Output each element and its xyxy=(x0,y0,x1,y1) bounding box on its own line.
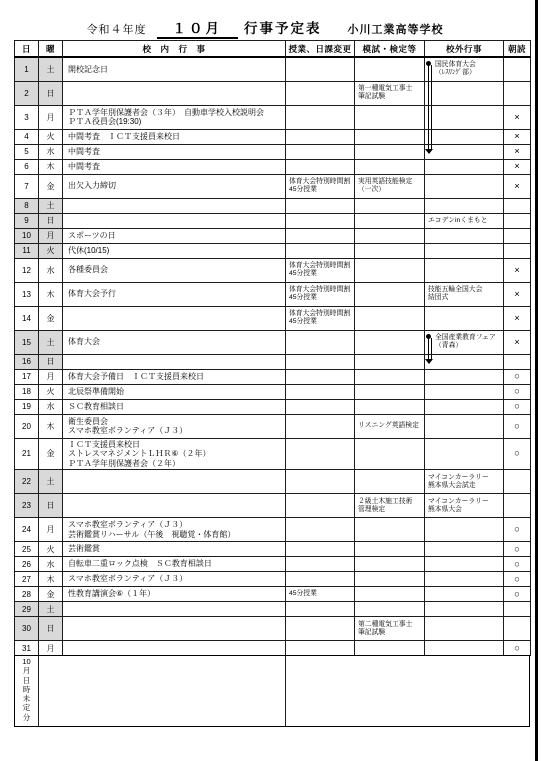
morning-reading-cell xyxy=(504,57,531,81)
exam-cell xyxy=(355,369,425,384)
school-events-cell: ＰＴＡ学年別保護者会（３年） 自動車学校入校説明会 ＰＴＡ役員会(19:30) xyxy=(63,105,286,129)
morning-reading-cell xyxy=(504,494,531,518)
morning-reading-cell: ○ xyxy=(504,641,531,656)
day-cell: 3 xyxy=(15,105,39,129)
day-cell: 17 xyxy=(15,369,39,384)
outside-event-cell xyxy=(425,399,504,414)
table-row: 3月ＰＴＡ学年別保護者会（３年） 自動車学校入校説明会 ＰＴＡ役員会(19:30… xyxy=(15,105,531,129)
day-cell: 10 xyxy=(15,228,39,243)
morning-reading-cell: ○ xyxy=(504,414,531,438)
exam-cell xyxy=(355,518,425,542)
outside-event-cell xyxy=(425,129,504,144)
exam-cell xyxy=(355,258,425,282)
exam-cell xyxy=(355,384,425,399)
exam-cell xyxy=(355,213,425,228)
exam-cell xyxy=(355,243,425,258)
school-events-cell: 体育大会予備日 ＩＣＴ支援員来校日 xyxy=(63,369,286,384)
exam-cell xyxy=(355,330,425,354)
table-row: 20木衛生委員会 スマホ教室ボランティア（Ｊ３）リスニング英語検定○ xyxy=(15,414,531,438)
morning-reading-cell: ○ xyxy=(504,369,531,384)
weekday-cell: 木 xyxy=(39,282,63,306)
morning-reading-cell: × xyxy=(504,129,531,144)
school-events-cell: 開校記念日 xyxy=(63,57,286,81)
table-row: 22土マイコンカーラリー 熊本県大会試走 xyxy=(15,470,531,494)
table-row: 7金出欠入力締切体育大会特別時間割 45分授業実用英語技能検定 （一次）× xyxy=(15,174,531,198)
outside-event-cell: マイコンカーラリー 熊本県大会試走 xyxy=(425,470,504,494)
class-change-cell xyxy=(286,557,355,572)
outside-event-cell xyxy=(425,105,504,129)
outside-event-cell xyxy=(425,542,504,557)
weekday-cell: 日 xyxy=(39,494,63,518)
school-events-cell xyxy=(63,641,286,656)
school-events-cell: ＩＣＴ支援員来校日 ストレスマネジメントＬＨＲ⑥（２年） ＰＴＡ学年別保護者会（… xyxy=(63,438,286,470)
school-events-cell xyxy=(63,198,286,213)
outside-event-cell xyxy=(425,602,504,617)
morning-reading-cell xyxy=(504,617,531,641)
class-change-cell xyxy=(286,228,355,243)
class-change-cell xyxy=(286,542,355,557)
morning-reading-cell xyxy=(504,81,531,105)
exam-cell xyxy=(355,438,425,470)
outside-event-cell xyxy=(425,369,504,384)
exam-cell xyxy=(355,129,425,144)
table-row: 18火北辰祭準備開始○ xyxy=(15,384,531,399)
weekday-cell: 木 xyxy=(39,572,63,587)
weekday-cell: 金 xyxy=(39,438,63,470)
class-change-cell xyxy=(286,105,355,129)
day-cell: 30 xyxy=(15,617,39,641)
outside-event-cell: 全国産業教育フェア （青森） xyxy=(425,330,504,354)
exam-cell xyxy=(355,641,425,656)
outside-event-cell xyxy=(425,243,504,258)
header-weekday: 曜 xyxy=(39,41,63,58)
school-events-cell xyxy=(63,81,286,105)
morning-reading-cell: ○ xyxy=(504,438,531,470)
school-events-cell: ＳＣ教育相談日 xyxy=(63,399,286,414)
school-events-cell: 体育大会 xyxy=(63,330,286,354)
outside-event-cell xyxy=(425,641,504,656)
fiscal-year-label: 令和４年度 xyxy=(87,21,147,37)
day-cell: 28 xyxy=(15,587,39,602)
monthly-schedule-table: 日 曜 校 内 行 事 授業、日課変更 模試・検定等 校外行事 朝読 1土開校記… xyxy=(14,40,531,656)
school-events-cell xyxy=(63,213,286,228)
morning-reading-cell: ○ xyxy=(504,587,531,602)
morning-reading-cell: ○ xyxy=(504,518,531,542)
event-span-arrow-line xyxy=(428,65,432,81)
day-cell: 25 xyxy=(15,542,39,557)
table-row: 16日 xyxy=(15,354,531,369)
outside-event-cell xyxy=(425,354,504,369)
class-change-cell: 体育大会特別時間割 45分授業 xyxy=(286,306,355,330)
school-events-cell: 衛生委員会 スマホ教室ボランティア（Ｊ３） xyxy=(63,414,286,438)
table-row: 15土体育大会全国産業教育フェア （青森）× xyxy=(15,330,531,354)
class-change-cell xyxy=(286,57,355,81)
weekday-cell: 水 xyxy=(39,258,63,282)
exam-cell xyxy=(355,399,425,414)
exam-cell xyxy=(355,282,425,306)
outside-event-cell xyxy=(425,414,504,438)
weekday-cell: 月 xyxy=(39,369,63,384)
header-outside-events: 校外行事 xyxy=(425,41,504,58)
weekday-cell: 水 xyxy=(39,399,63,414)
table-row: 13木体育大会予行体育大会特別時間割 45分授業技能五輪全国大会 結団式× xyxy=(15,282,531,306)
outside-event-cell xyxy=(425,384,504,399)
class-change-cell xyxy=(286,414,355,438)
outside-event-cell xyxy=(425,174,504,198)
day-cell: 21 xyxy=(15,438,39,470)
class-change-cell xyxy=(286,384,355,399)
school-events-cell: 出欠入力締切 xyxy=(63,174,286,198)
document-title: 令和４年度 １０月 行事予定表 小川工業高等学校 xyxy=(0,17,530,39)
weekday-cell: 金 xyxy=(39,174,63,198)
class-change-cell xyxy=(286,198,355,213)
weekday-cell: 水 xyxy=(39,144,63,159)
exam-cell xyxy=(355,587,425,602)
month-label: １０月 xyxy=(157,17,239,39)
outside-event-cell xyxy=(425,81,504,105)
exam-cell xyxy=(355,572,425,587)
table-row: 29土 xyxy=(15,602,531,617)
table-row: 31月○ xyxy=(15,641,531,656)
weekday-cell: 日 xyxy=(39,617,63,641)
weekday-cell: 月 xyxy=(39,105,63,129)
exam-cell xyxy=(355,470,425,494)
outside-event-cell xyxy=(425,518,504,542)
school-events-cell xyxy=(63,354,286,369)
outside-event-cell: 技能五輪全国大会 結団式 xyxy=(425,282,504,306)
event-span-arrow-line xyxy=(428,105,432,129)
weekday-cell: 土 xyxy=(39,470,63,494)
day-cell: 26 xyxy=(15,557,39,572)
table-row: 27木スマホ教室ボランティア（Ｊ３）○ xyxy=(15,572,531,587)
morning-reading-cell: × xyxy=(504,282,531,306)
weekday-cell: 日 xyxy=(39,81,63,105)
event-span-arrow-line xyxy=(428,354,432,359)
day-cell: 11 xyxy=(15,243,39,258)
scan-edge-shadow xyxy=(535,0,538,761)
day-cell: 29 xyxy=(15,602,39,617)
table-row: 5水中間考査× xyxy=(15,144,531,159)
table-row: 26水自転車二重ロック点検 ＳＣ教育相談日○ xyxy=(15,557,531,572)
event-span-arrow-head xyxy=(425,359,433,364)
school-events-cell: 中間考査 ＩＣＴ支援員来校日 xyxy=(63,129,286,144)
event-span-arrow-line xyxy=(428,338,432,355)
weekday-cell: 火 xyxy=(39,243,63,258)
exam-cell: 第一種電気工事士 筆記試験 xyxy=(355,81,425,105)
table-row: 10月スポーツの日 xyxy=(15,228,531,243)
class-change-cell: 体育大会特別時間割 45分授業 xyxy=(286,174,355,198)
day-cell: 13 xyxy=(15,282,39,306)
school-events-cell: 各種委員会 xyxy=(63,258,286,282)
weekday-cell: 月 xyxy=(39,641,63,656)
morning-reading-cell xyxy=(504,228,531,243)
table-row: 9日エコデンinくまもと xyxy=(15,213,531,228)
event-span-arrow-head xyxy=(425,149,433,154)
day-cell: 22 xyxy=(15,470,39,494)
class-change-cell xyxy=(286,369,355,384)
weekday-cell: 土 xyxy=(39,198,63,213)
outside-event-cell xyxy=(425,557,504,572)
school-events-cell: 芸術鑑賞 xyxy=(63,542,286,557)
weekday-cell: 日 xyxy=(39,213,63,228)
class-change-cell xyxy=(286,354,355,369)
class-change-cell xyxy=(286,399,355,414)
table-row: 28金性教育講演会⑥（１年）45分授業○ xyxy=(15,587,531,602)
school-events-cell: 性教育講演会⑥（１年） xyxy=(63,587,286,602)
school-events-cell xyxy=(63,494,286,518)
event-span-arrow-line xyxy=(428,129,432,144)
morning-reading-cell: ○ xyxy=(504,399,531,414)
exam-cell: 実用英語技能検定 （一次） xyxy=(355,174,425,198)
day-cell: 16 xyxy=(15,354,39,369)
day-cell: 19 xyxy=(15,399,39,414)
weekday-cell: 土 xyxy=(39,602,63,617)
morning-reading-cell xyxy=(504,602,531,617)
exam-cell xyxy=(355,228,425,243)
exam-cell: リスニング英語検定 xyxy=(355,414,425,438)
class-change-cell xyxy=(286,572,355,587)
exam-cell xyxy=(355,602,425,617)
outside-event-cell xyxy=(425,159,504,174)
header-school-events: 校 内 行 事 xyxy=(63,41,286,58)
undecided-items-label: 10 月 日 時 未 定 分 xyxy=(15,656,39,726)
undecided-items-cell-left xyxy=(39,656,286,726)
outside-event-cell xyxy=(425,258,504,282)
outside-event-cell xyxy=(425,306,504,330)
weekday-cell: 土 xyxy=(39,330,63,354)
weekday-cell: 金 xyxy=(39,587,63,602)
outside-event-cell xyxy=(425,617,504,641)
weekday-cell: 火 xyxy=(39,542,63,557)
exam-cell xyxy=(355,105,425,129)
morning-reading-cell: × xyxy=(504,258,531,282)
weekday-cell: 月 xyxy=(39,228,63,243)
class-change-cell xyxy=(286,518,355,542)
exam-cell xyxy=(355,557,425,572)
school-events-cell xyxy=(63,602,286,617)
class-change-cell: 体育大会特別時間割 45分授業 xyxy=(286,258,355,282)
table-row: 12水各種委員会体育大会特別時間割 45分授業× xyxy=(15,258,531,282)
day-cell: 4 xyxy=(15,129,39,144)
day-cell: 14 xyxy=(15,306,39,330)
exam-cell xyxy=(355,159,425,174)
class-change-cell xyxy=(286,617,355,641)
event-span-arrow-start-dot xyxy=(426,334,431,339)
schedule-title-label: 行事予定表 xyxy=(244,17,322,37)
undecided-items-cell-right xyxy=(286,656,529,726)
exam-cell xyxy=(355,144,425,159)
table-row: 25火芸術鑑賞○ xyxy=(15,542,531,557)
exam-cell xyxy=(355,198,425,213)
class-change-cell xyxy=(286,243,355,258)
class-change-cell xyxy=(286,330,355,354)
day-cell: 18 xyxy=(15,384,39,399)
class-change-cell xyxy=(286,81,355,105)
weekday-cell: 火 xyxy=(39,129,63,144)
weekday-cell: 土 xyxy=(39,57,63,81)
day-cell: 1 xyxy=(15,57,39,81)
day-cell: 2 xyxy=(15,81,39,105)
exam-cell: ２級土木施工技術 管理検定 xyxy=(355,494,425,518)
outside-event-cell: 国民体育大会 （ﾚｽﾘﾝｸﾞ部） xyxy=(425,57,504,81)
morning-reading-cell xyxy=(504,354,531,369)
class-change-cell xyxy=(286,129,355,144)
day-cell: 27 xyxy=(15,572,39,587)
day-cell: 5 xyxy=(15,144,39,159)
table-row: 19水ＳＣ教育相談日○ xyxy=(15,399,531,414)
outside-event-cell xyxy=(425,198,504,213)
class-change-cell xyxy=(286,641,355,656)
school-events-cell xyxy=(63,617,286,641)
morning-reading-cell: ○ xyxy=(504,572,531,587)
class-change-cell xyxy=(286,494,355,518)
exam-cell xyxy=(355,542,425,557)
school-events-cell: 体育大会予行 xyxy=(63,282,286,306)
class-change-cell xyxy=(286,159,355,174)
table-row: 11火代休(10/15) xyxy=(15,243,531,258)
header-exams: 模試・検定等 xyxy=(355,41,425,58)
day-cell: 12 xyxy=(15,258,39,282)
header-row: 日 曜 校 内 行 事 授業、日課変更 模試・検定等 校外行事 朝読 xyxy=(15,41,531,58)
table-row: 4火中間考査 ＩＣＴ支援員来校日× xyxy=(15,129,531,144)
weekday-cell: 火 xyxy=(39,384,63,399)
class-change-cell xyxy=(286,213,355,228)
weekday-cell: 木 xyxy=(39,414,63,438)
school-events-cell: 自転車二重ロック点検 ＳＣ教育相談日 xyxy=(63,557,286,572)
school-events-cell: スポーツの日 xyxy=(63,228,286,243)
outside-event-cell xyxy=(425,587,504,602)
morning-reading-cell: × xyxy=(504,105,531,129)
schedule-body: 1土開校記念日国民体育大会 （ﾚｽﾘﾝｸﾞ部）2日第一種電気工事士 筆記試験3月… xyxy=(15,57,531,656)
school-events-cell: 代休(10/15) xyxy=(63,243,286,258)
table-row: 24月スマホ教室ボランティア（Ｊ３） 芸術鑑賞リハーサル（午後 視聴覚・体育館）… xyxy=(15,518,531,542)
table-row: 30日第二種電気工事士 筆記試験 xyxy=(15,617,531,641)
morning-reading-cell: × xyxy=(504,330,531,354)
school-events-cell: スマホ教室ボランティア（Ｊ３） xyxy=(63,572,286,587)
outside-event-cell: エコデンinくまもと xyxy=(425,213,504,228)
morning-reading-cell xyxy=(504,198,531,213)
weekday-cell: 月 xyxy=(39,518,63,542)
event-span-arrow-line xyxy=(428,81,432,105)
weekday-cell: 木 xyxy=(39,159,63,174)
day-cell: 20 xyxy=(15,414,39,438)
header-class-changes: 授業、日課変更 xyxy=(286,41,355,58)
morning-reading-cell: × xyxy=(504,174,531,198)
school-events-cell: 北辰祭準備開始 xyxy=(63,384,286,399)
day-cell: 6 xyxy=(15,159,39,174)
class-change-cell: 45分授業 xyxy=(286,587,355,602)
exam-cell xyxy=(355,354,425,369)
day-cell: 8 xyxy=(15,198,39,213)
undecided-items-section: 10 月 日 時 未 定 分 xyxy=(14,655,530,727)
class-change-cell xyxy=(286,144,355,159)
class-change-cell xyxy=(286,438,355,470)
morning-reading-cell xyxy=(504,470,531,494)
morning-reading-cell: ○ xyxy=(504,384,531,399)
outside-event-cell xyxy=(425,572,504,587)
morning-reading-cell: × xyxy=(504,144,531,159)
header-day: 日 xyxy=(15,41,39,58)
exam-cell: 第二種電気工事士 筆記試験 xyxy=(355,617,425,641)
header-morning-reading: 朝読 xyxy=(504,41,531,58)
outside-event-cell xyxy=(425,438,504,470)
day-cell: 31 xyxy=(15,641,39,656)
table-row: 1土開校記念日国民体育大会 （ﾚｽﾘﾝｸﾞ部） xyxy=(15,57,531,81)
morning-reading-cell: × xyxy=(504,159,531,174)
table-row: 23日２級土木施工技術 管理検定マイコンカーラリー 熊本県大会 xyxy=(15,494,531,518)
school-name-label: 小川工業高等学校 xyxy=(348,21,444,37)
event-span-arrow-line xyxy=(428,144,432,149)
day-cell: 24 xyxy=(15,518,39,542)
outside-event-cell: マイコンカーラリー 熊本県大会 xyxy=(425,494,504,518)
table-row: 21金ＩＣＴ支援員来校日 ストレスマネジメントＬＨＲ⑥（２年） ＰＴＡ学年別保護… xyxy=(15,438,531,470)
morning-reading-cell: × xyxy=(504,306,531,330)
table-row: 8土 xyxy=(15,198,531,213)
table-row: 6木中間考査× xyxy=(15,159,531,174)
weekday-cell: 金 xyxy=(39,306,63,330)
exam-cell xyxy=(355,57,425,81)
school-events-cell: 中間考査 xyxy=(63,159,286,174)
morning-reading-cell: ○ xyxy=(504,542,531,557)
school-events-cell xyxy=(63,306,286,330)
day-cell: 9 xyxy=(15,213,39,228)
day-cell: 15 xyxy=(15,330,39,354)
class-change-cell xyxy=(286,602,355,617)
weekday-cell: 水 xyxy=(39,557,63,572)
school-events-cell xyxy=(63,470,286,494)
outside-event-cell xyxy=(425,228,504,243)
school-events-cell: スマホ教室ボランティア（Ｊ３） 芸術鑑賞リハーサル（午後 視聴覚・体育館） xyxy=(63,518,286,542)
morning-reading-cell xyxy=(504,243,531,258)
class-change-cell xyxy=(286,470,355,494)
outside-event-cell xyxy=(425,144,504,159)
event-span-arrow-start-dot xyxy=(426,61,431,66)
day-cell: 23 xyxy=(15,494,39,518)
table-row: 17月体育大会予備日 ＩＣＴ支援員来校日○ xyxy=(15,369,531,384)
morning-reading-cell: ○ xyxy=(504,557,531,572)
table-row: 14金体育大会特別時間割 45分授業× xyxy=(15,306,531,330)
exam-cell xyxy=(355,306,425,330)
morning-reading-cell xyxy=(504,213,531,228)
day-cell: 7 xyxy=(15,174,39,198)
school-events-cell: 中間考査 xyxy=(63,144,286,159)
weekday-cell: 日 xyxy=(39,354,63,369)
class-change-cell: 体育大会特別時間割 45分授業 xyxy=(286,282,355,306)
table-row: 2日第一種電気工事士 筆記試験 xyxy=(15,81,531,105)
